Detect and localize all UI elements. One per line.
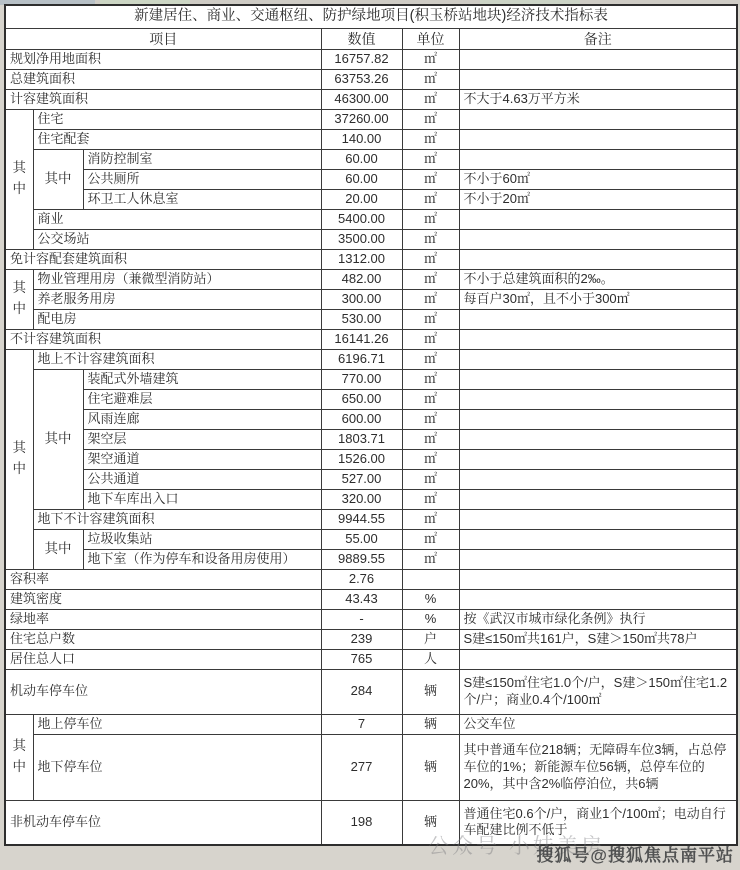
table-title-row: 新建居住、商业、交通枢纽、防护绿地项目(积玉桥站地块)经济技术指标表 <box>5 5 737 28</box>
row-remark: 不小于60㎡ <box>459 169 737 189</box>
row-remark <box>459 449 737 469</box>
table-row: 规划净用地面积 16757.82 ㎡ <box>5 49 737 69</box>
row-item: 住宅配套 <box>33 129 321 149</box>
header-remark: 备注 <box>459 28 737 49</box>
table-row: 住宅避难层 650.00 ㎡ <box>5 389 737 409</box>
header-item: 项目 <box>5 28 321 49</box>
row-value: 9889.55 <box>321 549 402 569</box>
row-value: 1526.00 <box>321 449 402 469</box>
group-label-sub: 其中 <box>33 529 83 569</box>
group-label-included: 其中 <box>5 269 33 329</box>
table-row: 其中 装配式外墙建筑 770.00 ㎡ <box>5 369 737 389</box>
row-unit: ㎡ <box>402 549 459 569</box>
row-remark: 公交车位 <box>459 714 737 734</box>
row-item: 容积率 <box>5 569 321 589</box>
table-row: 计容建筑面积 46300.00 ㎡ 不大于4.63万平方米 <box>5 89 737 109</box>
row-unit: ㎡ <box>402 189 459 209</box>
row-remark: 不小于总建筑面积的2‰。 <box>459 269 737 289</box>
row-unit: ㎡ <box>402 49 459 69</box>
table-row: 其中 垃圾收集站 55.00 ㎡ <box>5 529 737 549</box>
row-unit: ㎡ <box>402 149 459 169</box>
row-value: 2.76 <box>321 569 402 589</box>
table-row: 非机动车停车位 198 辆 普通住宅0.6个/户，商业1个/100㎡；电动自行车… <box>5 800 737 845</box>
row-unit: ㎡ <box>402 309 459 329</box>
row-unit: 辆 <box>402 734 459 800</box>
row-item: 装配式外墙建筑 <box>83 369 321 389</box>
row-item: 养老服务用房 <box>33 289 321 309</box>
table-row: 公共通道 527.00 ㎡ <box>5 469 737 489</box>
row-value: 20.00 <box>321 189 402 209</box>
row-remark <box>459 129 737 149</box>
table-row: 环卫工人休息室 20.00 ㎡ 不小于20㎡ <box>5 189 737 209</box>
row-unit: ㎡ <box>402 289 459 309</box>
row-unit: ㎡ <box>402 249 459 269</box>
row-unit: ㎡ <box>402 469 459 489</box>
row-value: 600.00 <box>321 409 402 429</box>
row-remark: 每百户30㎡，且不小于300㎡ <box>459 289 737 309</box>
row-item: 物业管理用房（兼微型消防站） <box>33 269 321 289</box>
table-row: 架空层 1803.71 ㎡ <box>5 429 737 449</box>
row-unit: ㎡ <box>402 109 459 129</box>
row-value: 37260.00 <box>321 109 402 129</box>
row-remark <box>459 549 737 569</box>
row-remark <box>459 369 737 389</box>
row-item: 住宅总户数 <box>5 629 321 649</box>
row-value: 239 <box>321 629 402 649</box>
row-value: 6196.71 <box>321 349 402 369</box>
group-label-included: 其中 <box>5 109 33 249</box>
row-unit: ㎡ <box>402 409 459 429</box>
row-value: 46300.00 <box>321 89 402 109</box>
row-remark: 普通住宅0.6个/户，商业1个/100㎡；电动自行车配建比例不低于 <box>459 800 737 845</box>
row-value: 284 <box>321 669 402 714</box>
row-value: 16757.82 <box>321 49 402 69</box>
row-value: 9944.55 <box>321 509 402 529</box>
row-item: 居住总人口 <box>5 649 321 669</box>
row-item: 配电房 <box>33 309 321 329</box>
page: 新建居住、商业、交通枢纽、防护绿地项目(积玉桥站地块)经济技术指标表 项目 数值… <box>0 0 740 870</box>
table-row: 免计容配套建筑面积 1312.00 ㎡ <box>5 249 737 269</box>
row-remark <box>459 69 737 89</box>
row-unit: ㎡ <box>402 369 459 389</box>
table-title: 新建居住、商业、交通枢纽、防护绿地项目(积玉桥站地块)经济技术指标表 <box>5 5 737 28</box>
row-unit: 辆 <box>402 714 459 734</box>
row-unit: ㎡ <box>402 349 459 369</box>
row-item: 地上停车位 <box>33 714 321 734</box>
row-value: 7 <box>321 714 402 734</box>
row-remark: 不大于4.63万平方米 <box>459 89 737 109</box>
table-row: 养老服务用房 300.00 ㎡ 每百户30㎡，且不小于300㎡ <box>5 289 737 309</box>
row-unit: ㎡ <box>402 69 459 89</box>
table-row: 风雨连廊 600.00 ㎡ <box>5 409 737 429</box>
row-item: 住宅避难层 <box>83 389 321 409</box>
row-item: 公交场站 <box>33 229 321 249</box>
row-item: 总建筑面积 <box>5 69 321 89</box>
row-remark <box>459 589 737 609</box>
row-remark <box>459 409 737 429</box>
group-label-sub: 其中 <box>33 149 83 209</box>
row-unit: 辆 <box>402 669 459 714</box>
row-value: 277 <box>321 734 402 800</box>
row-item: 规划净用地面积 <box>5 49 321 69</box>
row-unit: ㎡ <box>402 209 459 229</box>
row-remark <box>459 249 737 269</box>
table-row: 其中 地上不计容建筑面积 6196.71 ㎡ <box>5 349 737 369</box>
row-item: 地下不计容建筑面积 <box>33 509 321 529</box>
row-value: 300.00 <box>321 289 402 309</box>
table-row: 架空通道 1526.00 ㎡ <box>5 449 737 469</box>
row-remark <box>459 329 737 349</box>
row-value: 1312.00 <box>321 249 402 269</box>
row-remark <box>459 429 737 449</box>
table-header-row: 项目 数值 单位 备注 <box>5 28 737 49</box>
table-row: 地下室（作为停车和设备用房使用） 9889.55 ㎡ <box>5 549 737 569</box>
row-unit: ㎡ <box>402 169 459 189</box>
table-row: 地下不计容建筑面积 9944.55 ㎡ <box>5 509 737 529</box>
row-item: 架空通道 <box>83 449 321 469</box>
row-remark <box>459 389 737 409</box>
row-unit: ㎡ <box>402 269 459 289</box>
row-item: 绿地率 <box>5 609 321 629</box>
row-remark <box>459 149 737 169</box>
table-row: 容积率 2.76 <box>5 569 737 589</box>
row-remark <box>459 349 737 369</box>
row-value: 650.00 <box>321 389 402 409</box>
table-row: 居住总人口 765 人 <box>5 649 737 669</box>
table-row: 总建筑面积 63753.26 ㎡ <box>5 69 737 89</box>
row-unit: ㎡ <box>402 429 459 449</box>
row-value: 527.00 <box>321 469 402 489</box>
row-remark <box>459 569 737 589</box>
row-remark <box>459 309 737 329</box>
header-unit: 单位 <box>402 28 459 49</box>
row-remark <box>459 49 737 69</box>
row-remark <box>459 529 737 549</box>
row-unit: ㎡ <box>402 509 459 529</box>
row-item: 架空层 <box>83 429 321 449</box>
table-row: 商业 5400.00 ㎡ <box>5 209 737 229</box>
row-unit: ㎡ <box>402 489 459 509</box>
row-item: 机动车停车位 <box>5 669 321 714</box>
row-value: 320.00 <box>321 489 402 509</box>
table-row: 地下车库出入口 320.00 ㎡ <box>5 489 737 509</box>
table-row: 不计容建筑面积 16141.26 ㎡ <box>5 329 737 349</box>
row-value: 55.00 <box>321 529 402 549</box>
row-value: 198 <box>321 800 402 845</box>
row-item: 垃圾收集站 <box>83 529 321 549</box>
row-value: 482.00 <box>321 269 402 289</box>
indicator-table: 新建居住、商业、交通枢纽、防护绿地项目(积玉桥站地块)经济技术指标表 项目 数值… <box>4 4 738 846</box>
group-label-included: 其中 <box>5 349 33 569</box>
row-unit: 人 <box>402 649 459 669</box>
row-unit: ㎡ <box>402 89 459 109</box>
row-item: 地下室（作为停车和设备用房使用） <box>83 549 321 569</box>
row-remark <box>459 109 737 129</box>
row-unit: ㎡ <box>402 449 459 469</box>
row-unit: ㎡ <box>402 229 459 249</box>
row-remark: S建≤150㎡住宅1.0个/户，S建＞150㎡住宅1.2个/户；商业0.4个/1… <box>459 669 737 714</box>
table-row: 其中 地上停车位 7 辆 公交车位 <box>5 714 737 734</box>
row-unit: 辆 <box>402 800 459 845</box>
table-row: 公交场站 3500.00 ㎡ <box>5 229 737 249</box>
table-row: 其中 物业管理用房（兼微型消防站） 482.00 ㎡ 不小于总建筑面积的2‰。 <box>5 269 737 289</box>
row-remark: S建≤150㎡共161户，S建＞150㎡共78户 <box>459 629 737 649</box>
row-item: 商业 <box>33 209 321 229</box>
row-item: 环卫工人休息室 <box>83 189 321 209</box>
row-item: 建筑密度 <box>5 589 321 609</box>
row-value: 3500.00 <box>321 229 402 249</box>
row-value: 5400.00 <box>321 209 402 229</box>
row-unit: % <box>402 609 459 629</box>
row-unit: % <box>402 589 459 609</box>
row-value: 530.00 <box>321 309 402 329</box>
table-row: 机动车停车位 284 辆 S建≤150㎡住宅1.0个/户，S建＞150㎡住宅1.… <box>5 669 737 714</box>
row-remark: 其中普通车位218辆；无障碍车位3辆，占总停车位的1%；新能源车位56辆，总停车… <box>459 734 737 800</box>
row-remark <box>459 229 737 249</box>
row-value: 43.43 <box>321 589 402 609</box>
row-value: 60.00 <box>321 149 402 169</box>
table-row: 其中 住宅 37260.00 ㎡ <box>5 109 737 129</box>
row-item: 公共厕所 <box>83 169 321 189</box>
row-unit: ㎡ <box>402 329 459 349</box>
row-remark: 按《武汉市城市绿化条例》执行 <box>459 609 737 629</box>
row-value: 63753.26 <box>321 69 402 89</box>
row-value: 1803.71 <box>321 429 402 449</box>
row-item: 计容建筑面积 <box>5 89 321 109</box>
row-remark <box>459 649 737 669</box>
row-item: 地下车库出入口 <box>83 489 321 509</box>
table-row: 建筑密度 43.43 % <box>5 589 737 609</box>
row-value: - <box>321 609 402 629</box>
row-unit: 户 <box>402 629 459 649</box>
row-item: 公共通道 <box>83 469 321 489</box>
row-item: 非机动车停车位 <box>5 800 321 845</box>
table-row: 配电房 530.00 ㎡ <box>5 309 737 329</box>
table-row: 绿地率 - % 按《武汉市城市绿化条例》执行 <box>5 609 737 629</box>
row-item: 风雨连廊 <box>83 409 321 429</box>
row-item: 消防控制室 <box>83 149 321 169</box>
row-value: 16141.26 <box>321 329 402 349</box>
row-item: 地上不计容建筑面积 <box>33 349 321 369</box>
table-row: 地下停车位 277 辆 其中普通车位218辆；无障碍车位3辆，占总停车位的1%；… <box>5 734 737 800</box>
row-remark <box>459 209 737 229</box>
row-item: 住宅 <box>33 109 321 129</box>
row-item: 地下停车位 <box>33 734 321 800</box>
row-item: 不计容建筑面积 <box>5 329 321 349</box>
table-row: 其中 消防控制室 60.00 ㎡ <box>5 149 737 169</box>
row-unit: ㎡ <box>402 529 459 549</box>
row-remark <box>459 469 737 489</box>
row-unit: ㎡ <box>402 129 459 149</box>
table-row: 住宅总户数 239 户 S建≤150㎡共161户，S建＞150㎡共78户 <box>5 629 737 649</box>
row-item: 免计容配套建筑面积 <box>5 249 321 269</box>
row-remark <box>459 509 737 529</box>
table-row: 公共厕所 60.00 ㎡ 不小于60㎡ <box>5 169 737 189</box>
row-remark: 不小于20㎡ <box>459 189 737 209</box>
row-value: 140.00 <box>321 129 402 149</box>
row-value: 60.00 <box>321 169 402 189</box>
row-remark <box>459 489 737 509</box>
row-unit: ㎡ <box>402 389 459 409</box>
header-value: 数值 <box>321 28 402 49</box>
table-row: 住宅配套 140.00 ㎡ <box>5 129 737 149</box>
group-label-included: 其中 <box>5 714 33 800</box>
row-value: 770.00 <box>321 369 402 389</box>
group-label-sub: 其中 <box>33 369 83 509</box>
row-unit <box>402 569 459 589</box>
row-value: 765 <box>321 649 402 669</box>
